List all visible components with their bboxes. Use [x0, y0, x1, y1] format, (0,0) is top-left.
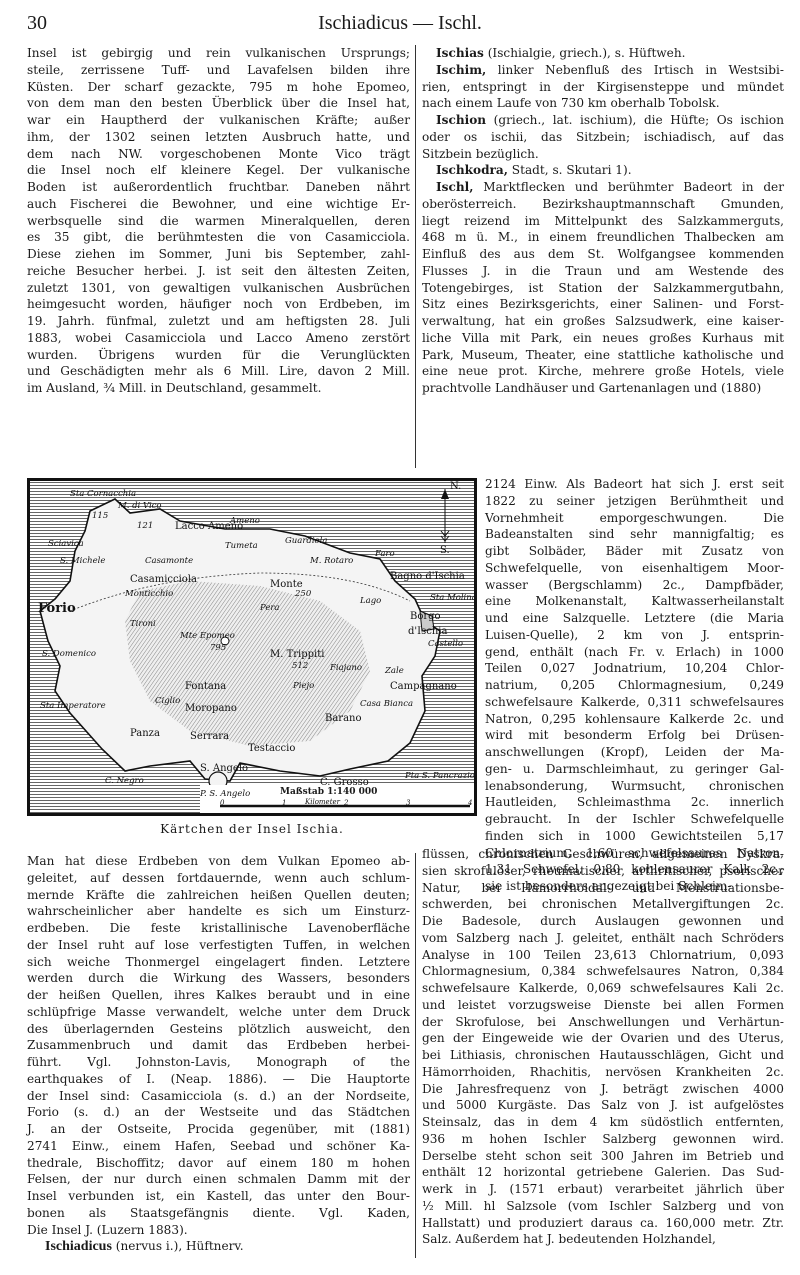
south-label: S. — [440, 545, 450, 556]
text-line: Man hat diese Erdbeben von dem Vulkan Ep… — [27, 853, 410, 870]
north-label: N. — [450, 481, 461, 492]
map-place-label: 121 — [137, 521, 153, 531]
text-line: Vornehmheit emporgeschwungen. Die — [485, 510, 784, 527]
map-place-label: Sta Molina — [430, 593, 477, 603]
text-line: J. an der Ostseite, Procida gegenüber, m… — [27, 1121, 410, 1138]
headword: Ischiadicus — [45, 1239, 112, 1254]
map-place-label: Tumeta — [225, 541, 258, 551]
text-line: gen- u. Darmschleimhaut, zu geringer Gal… — [485, 761, 784, 778]
text-line: die Insel noch elf kleinere Kegel. Der v… — [27, 162, 410, 179]
text-line: mernde Kräfte die zahlreichen heißen Que… — [27, 887, 410, 904]
text-line: schlüpfrige Masse verwandelt, welche unt… — [27, 1004, 410, 1021]
text-line: steile, zerrissene Tuff- und Lavafelsen … — [27, 62, 410, 79]
map-place-label: Lago — [360, 596, 381, 606]
text-line: wurden. Übrigens wurden für die Verunglü… — [27, 347, 410, 364]
entry-text: (nervus i.), Hüftnerv. — [112, 1239, 244, 1253]
text-line: Derselbe steht schon seit 300 Jahren im … — [422, 1148, 784, 1165]
right-column-beside-map: 2124 Einw. Als Badeort hat sich J. erst … — [485, 476, 784, 895]
text-line: 19. Jahrh. fünfmal, zuletzt und am hefti… — [27, 313, 410, 330]
text-line: Insel verbunden ist, ein Kastell, das un… — [27, 1188, 410, 1205]
map-place-label: M. di Vico — [118, 501, 162, 511]
text-line: 936 m hohen Ischler Salzberg gewonnen wi… — [422, 1131, 784, 1148]
entry-ischiadicus: Ischiadicus (nervus i.), Hüftnerv. — [27, 1238, 410, 1256]
map-place-label: Piejo — [293, 681, 314, 691]
map-place-label: Tironi — [130, 619, 156, 629]
map-place-label: Sta Cornacchia — [70, 489, 136, 499]
text-line: Küsten. Der scharf gezackte, 795 m hohe … — [27, 79, 410, 96]
text-line: 2741 Einw., einem Hafen, Seebad und schö… — [27, 1138, 410, 1155]
map-place-label: M. Rotaro — [310, 556, 353, 566]
text-line: eine Molkenanstalt, Kaltwasserheilanstal… — [485, 593, 784, 610]
scale-tick: 1 — [282, 799, 286, 807]
text-line: Teilen 0,027 Jodnatrium, 10,204 Chlor- — [485, 660, 784, 677]
map-place-label: Serrara — [190, 731, 229, 742]
text-line: Badeanstalten sind sehr mannigfaltig; es — [485, 526, 784, 543]
map-place-label: 795 — [210, 643, 226, 653]
text-line: verwaltung, hat ein großes Salzsudwerk, … — [422, 313, 784, 330]
text-line: eine neue prot. Kirche, mehrere große Ho… — [422, 363, 784, 380]
text-line: Sitz eines Bezirksgerichts, einer Saline… — [422, 296, 784, 313]
running-head: Ischiadicus — Ischl. — [0, 12, 800, 35]
map-place-label: S. Angelo — [200, 763, 248, 774]
map-place-label: P. S. Angelo — [200, 789, 250, 799]
text-line: Steinsalz, das in dem 4 km südöstlich en… — [422, 1114, 784, 1131]
text-line: earthquakes of I. (Neap. 1886). — Die Ha… — [27, 1071, 410, 1088]
text-line: Felsen, der nur durch einen schmalen Dam… — [27, 1171, 410, 1188]
text-line: bonen als Staatsgefängnis diente. Vgl. K… — [27, 1205, 410, 1222]
text-line: natrium, 0,205 Chlormagnesium, 0,249 — [485, 677, 784, 694]
scale-tick: 3 — [406, 799, 410, 807]
text-line: gebraucht. In der Ischler Schwefelquelle — [485, 811, 784, 828]
map-place-label: S. Michele — [60, 556, 105, 566]
entry-text: linker Nebenfluß des Irtisch in Westsibi… — [486, 63, 784, 77]
text-line: schwerden, bei chronischen Metallvergift… — [422, 896, 784, 913]
dictionary-entry: Ischias (Ischialgie, griech.), s. Hüftwe… — [422, 45, 784, 62]
text-line: Salz. Außerdem hat J. bedeutenden Holzha… — [422, 1231, 784, 1248]
text-line: Ischim, linker Nebenfluß des Irtisch in … — [422, 62, 784, 79]
map-place-label: Sta Imperatore — [40, 701, 106, 711]
column-divider-bottom — [415, 853, 416, 1258]
text-line: Diese ziehen im Sommer, Juni bis Septemb… — [27, 246, 410, 263]
text-line: im Ausland, ¾ Mill. in Deutschland, gesa… — [27, 380, 410, 397]
text-line: 2124 Einw. Als Badeort hat sich J. erst … — [485, 476, 784, 493]
text-line: gibt Solbäder, Bäder mit Zusatz von — [485, 543, 784, 560]
text-line: wird mit besonderm Erfolg bei Drüsen- — [485, 727, 784, 744]
text-line: war ein Hauptherd der vulkanischen Kräft… — [27, 112, 410, 129]
text-line: und Geschädigten mehr als 6 Mill. Lire, … — [27, 363, 410, 380]
headword: Ischkodra, — [436, 163, 508, 177]
map-caption: Kärtchen der Insel Ischia. — [27, 822, 477, 836]
text-line: Einfluß des aus dem St. Wolfgangsee komm… — [422, 246, 784, 263]
text-line: der Insel sind: Casamicciola (s. d.) an … — [27, 1088, 410, 1105]
text-line: und 5000 Kurgäste. Das Salz von J. ist a… — [422, 1097, 784, 1114]
text-line: und eine Salzquelle. Letztere (die Maria — [485, 610, 784, 627]
text-line: Ischkodra, Stadt, s. Skutari 1). — [422, 162, 784, 179]
map-place-label: 115 — [92, 511, 108, 521]
text-line: dem nach NW. vorgeschobenen Monte Vico t… — [27, 146, 410, 163]
scale-tick: 4 — [468, 799, 472, 807]
map-place-label: Fontana — [185, 681, 226, 692]
map-place-label: C. Negro — [105, 776, 144, 786]
map-place-label: 250 — [295, 589, 311, 599]
text-line: reiche Besucher herbei. J. ist seit den … — [27, 263, 410, 280]
dictionary-entry: Ischion (griech., lat. ischium), die Hüf… — [422, 112, 784, 162]
text-line: Die Insel J. (Luzern 1883). — [27, 1222, 410, 1239]
scale-label: Maßstab 1:140 000 — [280, 787, 377, 797]
text-line: gend, enthält (nach Fr. v. Erlach) in 10… — [485, 644, 784, 661]
scale-tick: 2 — [344, 799, 348, 807]
text-line: der Insel ruht auf lose verfestigten Tuf… — [27, 937, 410, 954]
text-line: von dem man den besten Überblick über di… — [27, 95, 410, 112]
text-line: Park, Museum, Theater, eine stattliche k… — [422, 347, 784, 364]
text-line: prachtvolle Landhäuser und Gartenanlagen… — [422, 380, 784, 397]
text-line: Natur, bei Hämorrhoidal- und Menstruatio… — [422, 880, 784, 897]
text-line: thedrale, Bischoffitz; davor auf einem 1… — [27, 1155, 410, 1172]
map-place-label: Ameno — [230, 516, 260, 526]
map-ischia: Sta CornacchiaM. di Vico115121Lacco Amen… — [27, 478, 477, 816]
entry-text: Stadt, s. Skutari 1). — [508, 163, 632, 177]
text-line: Schwefelquelle, von eisenhaltigem Moor- — [485, 560, 784, 577]
map-place-label: Bagno d'Ischia — [390, 571, 465, 582]
text-line: Ischion (griech., lat. ischium), die Hüf… — [422, 112, 784, 129]
text-line: heimgesucht worden, häufiger noch von Er… — [27, 296, 410, 313]
map-place-label: Ciglio — [155, 696, 180, 706]
text-line: 1883, wobei Casamicciola und Lacco Ameno… — [27, 330, 410, 347]
map-place-label: Monticchio — [125, 589, 173, 599]
map-place-label: Barano — [325, 713, 362, 724]
map-place-label: Forio — [38, 601, 76, 616]
text-line: Totengebirges, ist Station der Salzkamme… — [422, 280, 784, 297]
text-line: werden durch die Wirkung des Wassers, be… — [27, 970, 410, 987]
text-line: Hautleiden, Schleimasthma 2c. innerlich — [485, 794, 784, 811]
map-place-label: Casa Bianca — [360, 699, 413, 709]
text-line: finden sich in 1000 Gewichtsteilen 5,17 — [485, 828, 784, 845]
text-line: ½ Mill. hl Salzsole (vom Ischler Salzber… — [422, 1198, 784, 1215]
text-line: flüssen, chronischen Geschwüren, allgeme… — [422, 846, 784, 863]
text-line: 1822 zu seiner jetzigen Berühmtheit und — [485, 493, 784, 510]
text-line: gen der Eingeweide wie der Ovarien und d… — [422, 1030, 784, 1047]
text-line: Forio (s. d.) an der Westseite und das S… — [27, 1104, 410, 1121]
text-line: Ischl, Marktflecken und berühmter Badeor… — [422, 179, 784, 196]
text-line: liegt reizend im Mittelpunkt des Salzkam… — [422, 213, 784, 230]
text-line: enthält 12 horizontal getriebene Galerie… — [422, 1164, 784, 1181]
text-line: Sitzbein bezüglich. — [422, 146, 784, 163]
map-drawing — [30, 481, 474, 813]
map-place-label: Castello — [428, 639, 463, 649]
dictionary-entry: Ischkodra, Stadt, s. Skutari 1). — [422, 162, 784, 179]
headword: Ischl, — [436, 180, 473, 194]
headword: Ischim, — [436, 63, 486, 77]
text-line: oberösterreich. Bezirkshauptmannschaft G… — [422, 196, 784, 213]
text-line: 468 m ü. M., in einem freundlichen Thalb… — [422, 229, 784, 246]
text-line: es 35 gibt, die berühmtesten die von Cas… — [27, 229, 410, 246]
text-line: der heißen Quellen, ihres Kalkes beraubt… — [27, 987, 410, 1004]
map-place-label: Guardiola — [285, 536, 327, 546]
scale-unit: Kilometer — [305, 798, 340, 806]
text-line: nach einem Laufe von 730 km oberhalb Tob… — [422, 95, 784, 112]
map-place-label: Campagnano — [390, 681, 457, 692]
text-line: anschwellungen (Kropf), Leiden der Ma- — [485, 744, 784, 761]
map-place-label: Panza — [130, 728, 160, 739]
dictionary-entry: Ischim, linker Nebenfluß des Irtisch in … — [422, 62, 784, 112]
scale-tick: 0 — [220, 799, 224, 807]
right-column-top: Ischias (Ischialgie, griech.), s. Hüftwe… — [422, 45, 784, 397]
text-line: werbsquelle sind die warmen Mineralquell… — [27, 213, 410, 230]
map-place-label: Moropano — [185, 703, 237, 714]
entry-text: (Ischialgie, griech.), s. Hüftweh. — [484, 46, 686, 60]
text-line: wasser (Bergschlamm) 2c., Dampfbäder, — [485, 577, 784, 594]
map-place-label: Testaccio — [248, 743, 295, 754]
dictionary-entry: Ischl, Marktflecken und berühmter Badeor… — [422, 179, 784, 397]
map-place-label: Casamicciola — [130, 574, 197, 585]
map-place-label: Borgo — [410, 611, 441, 622]
entry-text: Marktflecken und berühmter Badeort in de… — [473, 180, 784, 194]
text-line: bei Lithiasis, chronischen Hautausschläg… — [422, 1047, 784, 1064]
text-line: Luisen-Quelle), 2 km von J. entsprin- — [485, 627, 784, 644]
text-line: Natron, 0,295 kohlensaure Kalkerde 2c. u… — [485, 711, 784, 728]
text-line: erdbeben. Die feste kristallinische Lave… — [27, 920, 410, 937]
map-place-label: Pta S. Pancrazio — [405, 771, 475, 781]
map-place-label: S. Domenico — [42, 649, 96, 659]
map-place-label: Mte Epomeo — [180, 631, 235, 641]
map-place-label: Casamonte — [145, 556, 193, 566]
text-line: oder os ischii, das Sitzbein; ischiadisc… — [422, 129, 784, 146]
headword: Ischion — [436, 113, 486, 127]
headword: Ischias — [436, 46, 484, 60]
entry-text: (griech., lat. ischium), die Hüfte; Os i… — [486, 113, 784, 127]
map-place-label: d'Ischia — [408, 626, 447, 637]
text-line: ihm, der 1302 seinen letzten Ausbruch ha… — [27, 129, 410, 146]
left-column-top: Insel ist gebirgig und rein vulkanischen… — [27, 45, 410, 397]
text-line: Chlormagnesium, 0,384 schwefelsaures Nat… — [422, 963, 784, 980]
text-line: schwefelsaure Kalkerde, 0,069 schwefelsa… — [422, 980, 784, 997]
text-line: zuletzt 1301, von gewaltigen vulkanische… — [27, 280, 410, 297]
text-line: liche Villa mit Park, ein neues großes K… — [422, 330, 784, 347]
column-divider-top — [415, 45, 416, 468]
map-place-label: Fiajano — [330, 663, 362, 673]
text-line: schwefelsaure Kalkerde, 0,311 schwefelsa… — [485, 694, 784, 711]
text-line: geleitet, auf dessen fortdauernde, wenn … — [27, 870, 410, 887]
text-line: und leistet vorzugsweise Dienste bei all… — [422, 997, 784, 1014]
text-line: sich weiche Thonmergel eingelagert finde… — [27, 954, 410, 971]
text-line: Analyse in 100 Teilen 23,613 Chlornatriu… — [422, 947, 784, 964]
text-line: Die Badesole, durch Auslaugen gewonnen u… — [422, 913, 784, 930]
text-line: rien, entspringt in der Kirgisensteppe u… — [422, 79, 784, 96]
map-place-label: Zale — [385, 666, 404, 676]
map-place-label: M. Trippiti — [270, 649, 324, 660]
map-place-label: Pera — [260, 603, 280, 613]
map-place-label: 512 — [292, 661, 308, 671]
text-line: Ischias (Ischialgie, griech.), s. Hüftwe… — [422, 45, 784, 62]
text-line: vom Salzberg nach J. geleitet, enthält n… — [422, 930, 784, 947]
text-line: des überlagernden Gesteins plötzlich aus… — [27, 1021, 410, 1038]
text-line: Flusses J. in die Traun und am Westende … — [422, 263, 784, 280]
text-line: wahrscheinlicher aber handelte es sich u… — [27, 903, 410, 920]
text-line: Die Jahresfrequenz von J. beträgt zwisch… — [422, 1081, 784, 1098]
text-line: lenabsonderung, Wurmsucht, chronischen — [485, 778, 784, 795]
text-line: Hallstatt) und produziert daraus ca. 160… — [422, 1215, 784, 1232]
map-place-label: Sciavica — [48, 539, 84, 549]
text-line: werk in J. (1571 erbaut) verarbeitet jäh… — [422, 1181, 784, 1198]
right-column-lower: flüssen, chronischen Geschwüren, allgeme… — [422, 846, 784, 1248]
text-line: führt. Vgl. Johnston-Lavis, Monograph of… — [27, 1054, 410, 1071]
text-line: Hämorrhoiden, Rhachitis, nervösen Krankh… — [422, 1064, 784, 1081]
map-place-label: Faro — [375, 549, 395, 559]
text-line: Insel ist gebirgig und rein vulkanischen… — [27, 45, 410, 62]
left-column-bottom: Man hat diese Erdbeben von dem Vulkan Ep… — [27, 853, 410, 1256]
text-line: sien skrofulöser, rheumatischer, arthrit… — [422, 863, 784, 880]
text-line: auch Fischerei die Bewohner, und eine wi… — [27, 196, 410, 213]
text-line: Zusammenbruch und damit das Erdbeben her… — [27, 1037, 410, 1054]
text-line: der Skrofulose, bei Anschwellungen und V… — [422, 1014, 784, 1031]
text-line: Boden ist außerordentlich fruchtbar. Dan… — [27, 179, 410, 196]
